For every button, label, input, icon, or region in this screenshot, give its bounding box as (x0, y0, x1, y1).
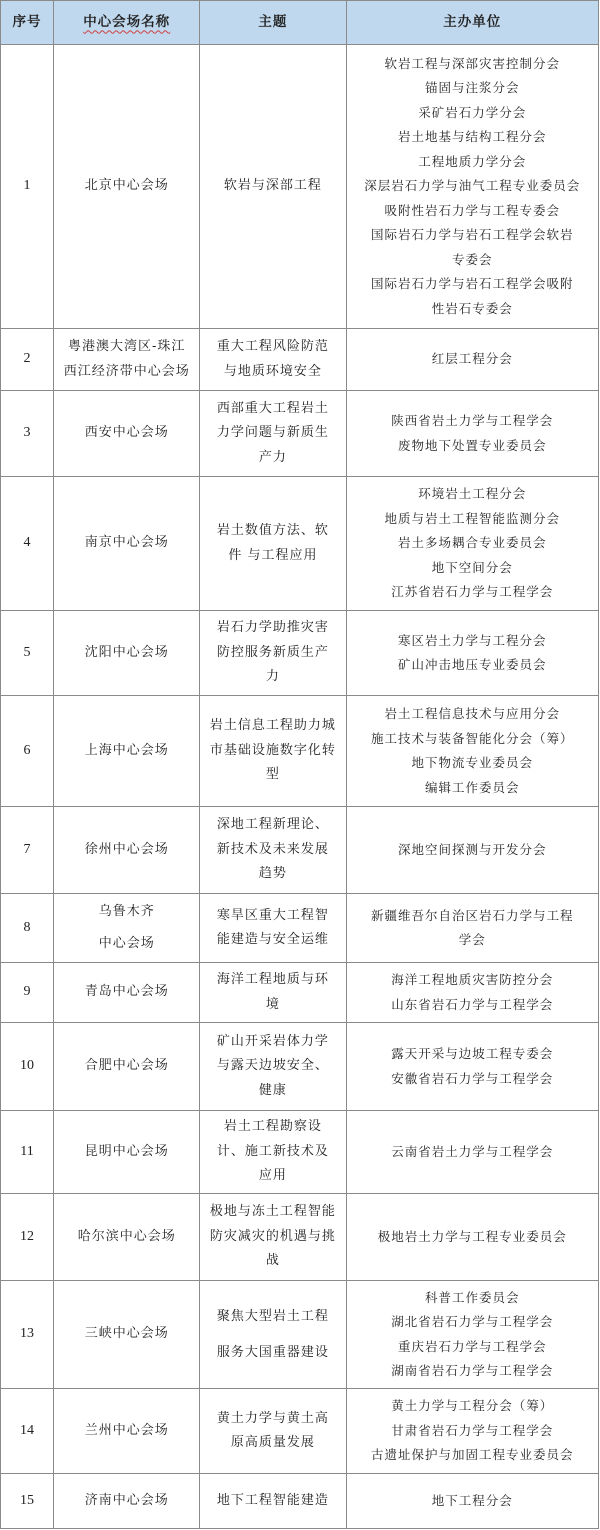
organizer-line: 湖南省岩石力学与工程学会 (351, 1359, 594, 1384)
organizer: 陕西省岩土力学与工程学会废物地下处置专业委员会 (346, 391, 598, 477)
theme-line: 件 与工程应用 (204, 544, 341, 569)
venue-name: 沈阳中心会场 (54, 611, 200, 696)
organizer-line: 海洋工程地质灾害防控分会 (351, 968, 594, 993)
theme-line: 防控服务新质生产 (204, 641, 341, 666)
organizer: 科普工作委员会湖北省岩石力学与工程学会重庆岩石力学与工程学会湖南省岩石力学与工程… (346, 1281, 598, 1389)
theme-line: 服务大国重器建设 (204, 1335, 341, 1371)
theme-line: 矿山开采岩体力学 (204, 1030, 341, 1055)
organizer-line: 江苏省岩石力学与工程学会 (351, 580, 594, 605)
venue-name: 粤港澳大湾区-珠江西江经济带中心会场 (54, 329, 200, 391)
theme-line: 应用 (204, 1164, 341, 1189)
header-venue-label: 中心会场名称 (83, 14, 170, 30)
table-row: 13三峡中心会场聚焦大型岩土工程服务大国重器建设科普工作委员会湖北省岩石力学与工… (1, 1281, 599, 1389)
organizer-line: 安徽省岩石力学与工程学会 (351, 1067, 594, 1092)
organizer: 黄土力学与工程分会（筹）甘肃省岩石力学与工程学会古遗址保护与加固工程专业委员会 (346, 1389, 598, 1474)
header-organizer-label: 主办单位 (443, 14, 501, 30)
row-number: 7 (1, 807, 54, 894)
organizer-line: 极地岩土力学与工程专业委员会 (351, 1225, 594, 1250)
theme: 岩土数值方法、软件 与工程应用 (200, 477, 346, 611)
theme: 深地工程新理论、新技术及未来发展趋势 (200, 807, 346, 894)
organizer-line: 采矿岩石力学分会 (351, 101, 594, 126)
theme-line: 岩土工程勘察设 (204, 1115, 341, 1140)
venue-name: 青岛中心会场 (54, 963, 200, 1023)
organizer-line: 露天开采与边坡工程专委会 (351, 1042, 594, 1067)
organizer-line: 地下工程分会 (351, 1489, 594, 1514)
theme-line: 市基础设施数字化转 (204, 739, 341, 764)
organizer-line: 软岩工程与深部灾害控制分会 (351, 52, 594, 77)
organizer-line: 黄土力学与工程分会（筹） (351, 1394, 594, 1419)
theme-line: 境 (204, 993, 341, 1018)
venue-name-line: 三峡中心会场 (58, 1322, 195, 1347)
organizer-line: 国际岩石力学与岩石工程学会软岩 (351, 223, 594, 248)
theme-line: 战 (204, 1249, 341, 1274)
theme-line: 计、施工新技术及 (204, 1140, 341, 1165)
row-number: 12 (1, 1194, 54, 1281)
row-number: 11 (1, 1111, 54, 1194)
venue-name-line: 乌鲁木齐 (58, 896, 195, 928)
organizer-line: 科普工作委员会 (351, 1286, 594, 1311)
table-row: 12哈尔滨中心会场极地与冻土工程智能防灾减灾的机遇与挑战极地岩土力学与工程专业委… (1, 1194, 599, 1281)
theme: 黄土力学与黄土高原高质量发展 (200, 1389, 346, 1474)
venue-name: 济南中心会场 (54, 1474, 200, 1529)
venue-name-line: 青岛中心会场 (58, 980, 195, 1005)
table-row: 9青岛中心会场海洋工程地质与环境海洋工程地质灾害防控分会山东省岩石力学与工程学会 (1, 963, 599, 1023)
venue-name-line: 南京中心会场 (58, 531, 195, 556)
table-row: 14兰州中心会场黄土力学与黄土高原高质量发展黄土力学与工程分会（筹）甘肃省岩石力… (1, 1389, 599, 1474)
table-row: 7徐州中心会场深地工程新理论、新技术及未来发展趋势深地空间探测与开发分会 (1, 807, 599, 894)
theme-line: 深地工程新理论、 (204, 813, 341, 838)
row-number: 4 (1, 477, 54, 611)
organizer: 新疆维吾尔自治区岩石力学与工程学会 (346, 894, 598, 963)
venue-name: 昆明中心会场 (54, 1111, 200, 1194)
venue-name-line: 哈尔滨中心会场 (58, 1225, 195, 1250)
header-theme: 主题 (200, 1, 346, 45)
organizer-line: 寒区岩土力学与工程分会 (351, 629, 594, 654)
theme-line: 重大工程风险防范 (204, 335, 341, 360)
table-row: 4南京中心会场岩土数值方法、软件 与工程应用环境岩土工程分会地质与岩土工程智能监… (1, 477, 599, 611)
theme: 西部重大工程岩土力学问题与新质生产力 (200, 391, 346, 477)
table-row: 5沈阳中心会场岩石力学助推灾害防控服务新质生产力寒区岩土力学与工程分会矿山冲击地… (1, 611, 599, 696)
theme-line: 原高质量发展 (204, 1431, 341, 1456)
theme-line: 防灾减灾的机遇与挑 (204, 1225, 341, 1250)
venue-name-line: 徐州中心会场 (58, 838, 195, 863)
venue-name-line: 合肥中心会场 (58, 1054, 195, 1079)
venue-name-line: 兰州中心会场 (58, 1419, 195, 1444)
theme: 矿山开采岩体力学与露天边坡安全、健康 (200, 1023, 346, 1111)
organizer-line: 岩土地基与结构工程分会 (351, 125, 594, 150)
organizer-line: 红层工程分会 (351, 347, 594, 372)
organizer-line: 地下物流专业委员会 (351, 751, 594, 776)
venue-name-line: 上海中心会场 (58, 739, 195, 764)
venue-name: 徐州中心会场 (54, 807, 200, 894)
venue-name: 北京中心会场 (54, 45, 200, 329)
organizer-line: 吸附性岩石力学与工程专委会 (351, 199, 594, 224)
venue-name-line: 北京中心会场 (58, 174, 195, 199)
header-number: 序号 (1, 1, 54, 45)
theme: 重大工程风险防范与地质环境安全 (200, 329, 346, 391)
organizer-line: 重庆岩石力学与工程学会 (351, 1335, 594, 1360)
theme-line: 黄土力学与黄土高 (204, 1407, 341, 1432)
organizer-line: 山东省岩石力学与工程学会 (351, 993, 594, 1018)
theme-line: 与露天边坡安全、 (204, 1054, 341, 1079)
organizer: 深地空间探测与开发分会 (346, 807, 598, 894)
row-number: 10 (1, 1023, 54, 1111)
theme-line: 力 (204, 665, 341, 690)
organizer-line: 矿山冲击地压专业委员会 (351, 653, 594, 678)
theme-line: 岩土数值方法、软 (204, 519, 341, 544)
row-number: 15 (1, 1474, 54, 1529)
header-number-label: 序号 (13, 14, 42, 30)
organizer: 红层工程分会 (346, 329, 598, 391)
organizer-line: 地质与岩土工程智能监测分会 (351, 507, 594, 532)
theme-line: 岩石力学助推灾害 (204, 616, 341, 641)
venue-name-line: 西安中心会场 (58, 421, 195, 446)
row-number: 3 (1, 391, 54, 477)
venue-name: 南京中心会场 (54, 477, 200, 611)
organizer-line: 专委会 (351, 248, 594, 273)
venue-table: 序号 中心会场名称 主题 主办单位 1北京中心会场软岩与深部工程软岩工程与深部灾… (0, 0, 599, 1529)
organizer-line: 岩土多场耦合专业委员会 (351, 531, 594, 556)
table-row: 10合肥中心会场矿山开采岩体力学与露天边坡安全、健康露天开采与边坡工程专委会安徽… (1, 1023, 599, 1111)
venue-name: 兰州中心会场 (54, 1389, 200, 1474)
theme-line: 海洋工程地质与环 (204, 968, 341, 993)
theme-line: 地下工程智能建造 (204, 1489, 341, 1514)
theme-line: 型 (204, 763, 341, 788)
theme-line: 新技术及未来发展 (204, 838, 341, 863)
organizer-line: 云南省岩土力学与工程学会 (351, 1140, 594, 1165)
theme-line: 趋势 (204, 862, 341, 887)
organizer-line: 编辑工作委员会 (351, 776, 594, 801)
organizer: 地下工程分会 (346, 1474, 598, 1529)
organizer-line: 古遗址保护与加固工程专业委员会 (351, 1443, 594, 1468)
row-number: 6 (1, 696, 54, 807)
theme-line: 力学问题与新质生 (204, 421, 341, 446)
theme-line: 极地与冻土工程智能 (204, 1200, 341, 1225)
organizer-line: 锚固与注浆分会 (351, 76, 594, 101)
organizer: 岩土工程信息技术与应用分会施工技术与装备智能化分会（筹）地下物流专业委员会编辑工… (346, 696, 598, 807)
venue-name-line: 中心会场 (58, 928, 195, 960)
table-row: 6上海中心会场岩土信息工程助力城市基础设施数字化转型岩土工程信息技术与应用分会施… (1, 696, 599, 807)
row-number: 8 (1, 894, 54, 963)
venue-name-line: 济南中心会场 (58, 1489, 195, 1514)
venue-name: 乌鲁木齐中心会场 (54, 894, 200, 963)
venue-name: 哈尔滨中心会场 (54, 1194, 200, 1281)
theme: 岩土信息工程助力城市基础设施数字化转型 (200, 696, 346, 807)
theme-line: 健康 (204, 1079, 341, 1104)
header-organizer: 主办单位 (346, 1, 598, 45)
organizer-line: 性岩石专委会 (351, 297, 594, 322)
organizer: 云南省岩土力学与工程学会 (346, 1111, 598, 1194)
organizer-line: 施工技术与装备智能化分会（筹） (351, 727, 594, 752)
row-number: 13 (1, 1281, 54, 1389)
organizer-line: 环境岩土工程分会 (351, 482, 594, 507)
organizer: 海洋工程地质灾害防控分会山东省岩石力学与工程学会 (346, 963, 598, 1023)
organizer: 环境岩土工程分会地质与岩土工程智能监测分会岩土多场耦合专业委员会地下空间分会江苏… (346, 477, 598, 611)
theme-line: 岩土信息工程助力城 (204, 714, 341, 739)
organizer: 寒区岩土力学与工程分会矿山冲击地压专业委员会 (346, 611, 598, 696)
organizer: 极地岩土力学与工程专业委员会 (346, 1194, 598, 1281)
theme: 软岩与深部工程 (200, 45, 346, 329)
theme: 海洋工程地质与环境 (200, 963, 346, 1023)
theme-line: 与地质环境安全 (204, 360, 341, 385)
theme: 聚焦大型岩土工程服务大国重器建设 (200, 1281, 346, 1389)
table-row: 1北京中心会场软岩与深部工程软岩工程与深部灾害控制分会锚固与注浆分会采矿岩石力学… (1, 45, 599, 329)
theme-line: 软岩与深部工程 (204, 174, 341, 199)
theme: 极地与冻土工程智能防灾减灾的机遇与挑战 (200, 1194, 346, 1281)
organizer: 软岩工程与深部灾害控制分会锚固与注浆分会采矿岩石力学分会岩土地基与结构工程分会工… (346, 45, 598, 329)
organizer-line: 深地空间探测与开发分会 (351, 838, 594, 863)
organizer-line: 深层岩石力学与油气工程专业委员会 (351, 174, 594, 199)
theme: 岩土工程勘察设计、施工新技术及应用 (200, 1111, 346, 1194)
theme-line: 能建造与安全运维 (204, 928, 341, 953)
organizer-line: 岩土工程信息技术与应用分会 (351, 702, 594, 727)
table-row: 15济南中心会场地下工程智能建造地下工程分会 (1, 1474, 599, 1529)
row-number: 2 (1, 329, 54, 391)
organizer-line: 湖北省岩石力学与工程学会 (351, 1310, 594, 1335)
theme: 岩石力学助推灾害防控服务新质生产力 (200, 611, 346, 696)
organizer-line: 地下空间分会 (351, 556, 594, 581)
table-row: 11昆明中心会场岩土工程勘察设计、施工新技术及应用云南省岩土力学与工程学会 (1, 1111, 599, 1194)
venue-name: 西安中心会场 (54, 391, 200, 477)
table-row: 3西安中心会场西部重大工程岩土力学问题与新质生产力陕西省岩土力学与工程学会废物地… (1, 391, 599, 477)
header-venue: 中心会场名称 (54, 1, 200, 45)
table-row: 8乌鲁木齐中心会场寒旱区重大工程智能建造与安全运维新疆维吾尔自治区岩石力学与工程… (1, 894, 599, 963)
row-number: 1 (1, 45, 54, 329)
theme: 地下工程智能建造 (200, 1474, 346, 1529)
venue-name-line: 粤港澳大湾区-珠江 (58, 335, 195, 360)
theme-line: 寒旱区重大工程智 (204, 904, 341, 929)
theme-line: 聚焦大型岩土工程 (204, 1299, 341, 1335)
venue-name: 三峡中心会场 (54, 1281, 200, 1389)
organizer-line: 学会 (351, 928, 594, 953)
table-body: 1北京中心会场软岩与深部工程软岩工程与深部灾害控制分会锚固与注浆分会采矿岩石力学… (1, 45, 599, 1529)
venue-name-line: 昆明中心会场 (58, 1140, 195, 1165)
venue-name-line: 西江经济带中心会场 (58, 360, 195, 385)
row-number: 9 (1, 963, 54, 1023)
organizer-line: 工程地质力学分会 (351, 150, 594, 175)
row-number: 5 (1, 611, 54, 696)
venue-name-line: 沈阳中心会场 (58, 641, 195, 666)
organizer-line: 甘肃省岩石力学与工程学会 (351, 1419, 594, 1444)
organizer-line: 新疆维吾尔自治区岩石力学与工程 (351, 904, 594, 929)
header-theme-label: 主题 (258, 14, 287, 30)
row-number: 14 (1, 1389, 54, 1474)
organizer-line: 废物地下处置专业委员会 (351, 434, 594, 459)
venue-name: 合肥中心会场 (54, 1023, 200, 1111)
organizer-line: 陕西省岩土力学与工程学会 (351, 409, 594, 434)
table-header-row: 序号 中心会场名称 主题 主办单位 (1, 1, 599, 45)
theme-line: 西部重大工程岩土 (204, 397, 341, 422)
venue-name: 上海中心会场 (54, 696, 200, 807)
organizer: 露天开采与边坡工程专委会安徽省岩石力学与工程学会 (346, 1023, 598, 1111)
theme-line: 产力 (204, 446, 341, 471)
table-row: 2粤港澳大湾区-珠江西江经济带中心会场重大工程风险防范与地质环境安全红层工程分会 (1, 329, 599, 391)
organizer-line: 国际岩石力学与岩石工程学会吸附 (351, 272, 594, 297)
theme: 寒旱区重大工程智能建造与安全运维 (200, 894, 346, 963)
